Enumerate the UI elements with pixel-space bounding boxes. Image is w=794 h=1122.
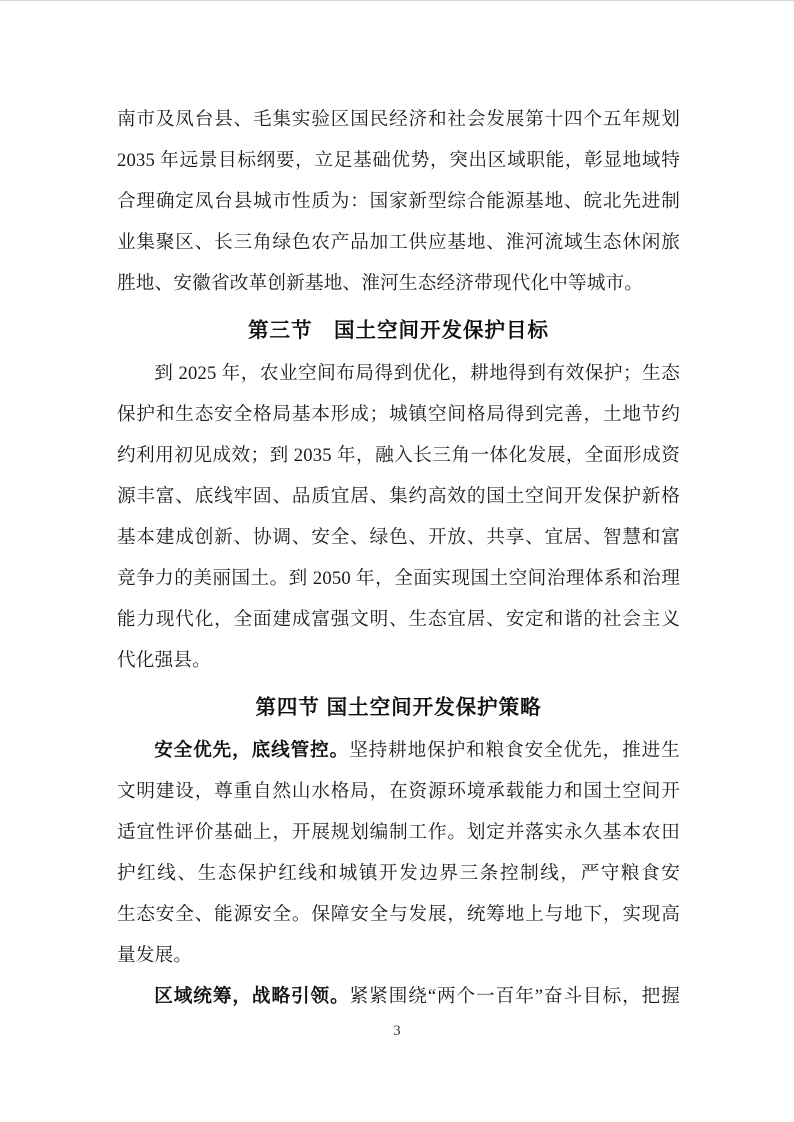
text-line: 源丰富、底线牢固、品质宜居、集约高效的国土空间开发保护新格局， — [117, 476, 680, 517]
text-line: 生态安全、能源安全。保障安全与发展，统筹地上与地下，实现高质 — [117, 894, 680, 935]
section-heading: 第四节 国土空间开发保护策略 — [117, 687, 680, 728]
text-line: 代化强县。 — [117, 640, 680, 681]
text-line: 合理确定凤台县城市性质为：国家新型综合能源基地、皖北先进制造 — [117, 181, 680, 222]
body-paragraph: 南市及凤台县、毛集实验区国民经济和社会发展第十四个五年规划和2035 年远景目标… — [117, 99, 680, 304]
text-line: 业集聚区、长三角绿色农产品加工供应基地、淮河流域生态休闲旅游 — [117, 222, 680, 263]
text-line: 文明建设，尊重自然山水格局，在资源环境承载能力和国土空间开发 — [117, 771, 680, 812]
body-paragraph: 到 2025 年，农业空间布局得到优化，耕地得到有效保护；生态保护和生态安全格局… — [117, 353, 680, 681]
text-line: 胜地、安徽省改革创新基地、淮河生态经济带现代化中等城市。 — [117, 263, 680, 304]
text-line: 区域统筹，战略引领。紧紧围绕“两个一百年”奋斗目标，把握 — [117, 976, 680, 1017]
text-line: 2035 年远景目标纲要，立足基础优势，突出区域职能，彰显地域特色， — [117, 140, 680, 181]
text-line: 竞争力的美丽国土。到 2050 年，全面实现国土空间治理体系和治理 — [117, 558, 680, 599]
section-heading: 第三节 国土空间开发保护目标 — [117, 310, 680, 351]
text-line: 保护和生态安全格局基本形成；城镇空间格局得到完善，土地节约集 — [117, 394, 680, 435]
text-line: 量发展。 — [117, 935, 680, 976]
document-page: 南市及凤台县、毛集实验区国民经济和社会发展第十四个五年规划和2035 年远景目标… — [0, 0, 794, 1122]
body-paragraph: 区域统筹，战略引领。紧紧围绕“两个一百年”奋斗目标，把握 — [117, 976, 680, 1017]
body-paragraph: 安全优先，底线管控。坚持耕地保护和粮食安全优先，推进生态文明建设，尊重自然山水格… — [117, 730, 680, 976]
text-line: 约利用初见成效；到 2035 年，融入长三角一体化发展，全面形成资 — [117, 435, 680, 476]
paragraph-lead: 安全优先，底线管控。 — [154, 740, 349, 761]
text-line: 基本建成创新、协调、安全、绿色、开放、共享、宜居、智慧和富有 — [117, 517, 680, 558]
document-body: 南市及凤台县、毛集实验区国民经济和社会发展第十四个五年规划和2035 年远景目标… — [117, 99, 680, 1017]
text-line: 护红线、生态保护红线和城镇开发边界三条控制线，严守粮食安全、 — [117, 853, 680, 894]
text-line: 到 2025 年，农业空间布局得到优化，耕地得到有效保护；生态 — [117, 353, 680, 394]
page-number: 3 — [0, 1017, 794, 1045]
text-line: 南市及凤台县、毛集实验区国民经济和社会发展第十四个五年规划和 — [117, 99, 680, 140]
text-line: 适宜性评价基础上，开展规划编制工作。划定并落实永久基本农田保 — [117, 812, 680, 853]
text-line: 能力现代化，全面建成富强文明、生态宜居、安定和谐的社会主义现 — [117, 599, 680, 640]
paragraph-lead: 区域统筹，战略引领。 — [154, 986, 349, 1007]
text-line: 安全优先，底线管控。坚持耕地保护和粮食安全优先，推进生态 — [117, 730, 680, 771]
